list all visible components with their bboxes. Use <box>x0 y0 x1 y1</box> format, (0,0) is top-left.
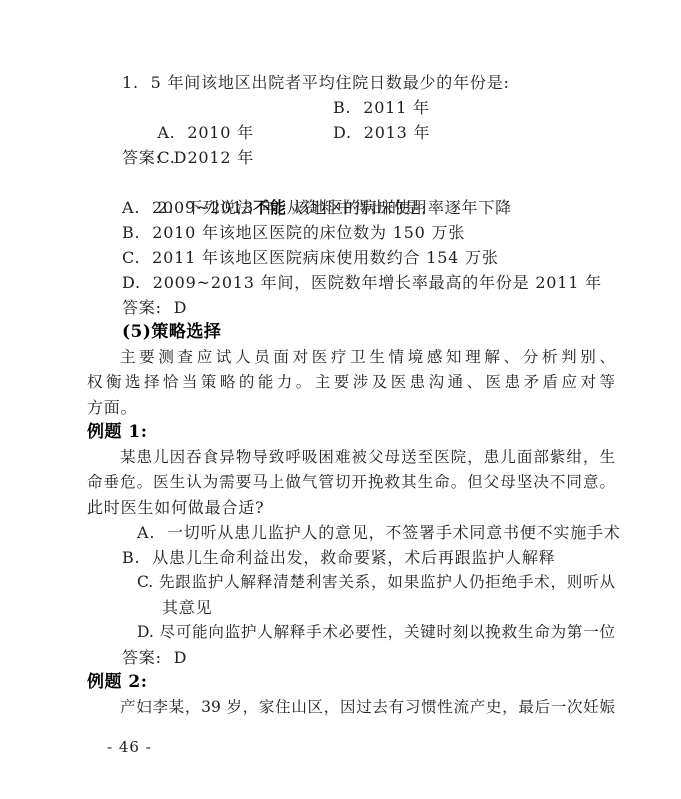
example-1-case-line-2: 命垂危。医生认为需要马上做气管切开挽救其生命。但父母坚决不同意。 <box>87 470 615 495</box>
example-1-case-line-3: 此时医生如何做最合适? <box>87 495 615 520</box>
example-1-option-c-line-1: C. 先跟监护人解释清楚利害关系，如果监护人仍拒绝手术，则听从 <box>87 570 615 595</box>
content-area: 1. 5 年间该地区出院者平均住院日数最少的年份是: A. 2010 年 B. … <box>87 70 615 720</box>
question-2-option-b: B. 2010 年该地区医院的床位数为 150 万张 <box>87 220 615 245</box>
section-5-heading: (5)策略选择 <box>87 320 615 345</box>
example-2-heading: 例题 2: <box>87 670 615 695</box>
question-1-stem: 1. 5 年间该地区出院者平均住院日数最少的年份是: <box>87 70 615 95</box>
example-1-heading: 例题 1: <box>87 420 615 445</box>
question-2-option-a: A. 2009~2013 年，该地区的病床使用率逐年下降 <box>87 195 615 220</box>
question-1-option-d: D. 2013 年 <box>333 120 430 145</box>
question-2-option-c: C. 2011 年该地区医院病床使用数约合 154 万张 <box>87 245 615 270</box>
example-1-option-b: B. 从患儿生命利益出发，救命要紧，术后再跟监护人解释 <box>87 545 615 570</box>
example-1-option-c-line-2: 其意见 <box>87 595 615 620</box>
question-1-option-b: B. 2011 年 <box>333 95 430 120</box>
question-1-options-row-2: C. 2012 年 D. 2013 年 <box>87 120 615 145</box>
question-2-option-d: D. 2009~2013 年间，医院数年增长率最高的年份是 2011 年 <box>87 270 615 295</box>
example-1-answer: 答案: D <box>87 645 615 670</box>
example-2-case-line-1: 产妇李某，39 岁，家住山区，因过去有习惯性流产史，最后一次妊娠 <box>87 695 615 720</box>
question-2-stem: 2. 下列说法不能从资料中得出的是: <box>87 170 615 195</box>
example-1-option-d: D. 尽可能向监护人解释手术必要性，关键时刻以挽救生命为第一位 <box>87 620 615 645</box>
example-1-case-line-1: 某患儿因吞食异物导致呼吸困难被父母送至医院，患儿面部紫绀，生 <box>87 445 615 470</box>
section-5-paragraph-line-2: 权衡选择恰当策略的能力。主要涉及医患沟通、医患矛盾应对等 <box>87 370 615 395</box>
question-1-options-row-1: A. 2010 年 B. 2011 年 <box>87 95 615 120</box>
page-number: - 46 - <box>107 737 152 757</box>
document-page: 1. 5 年间该地区出院者平均住院日数最少的年份是: A. 2010 年 B. … <box>0 0 681 799</box>
example-1-option-a: A. 一切听从患儿监护人的意见，不签署手术同意书便不实施手术 <box>87 520 615 545</box>
section-5-paragraph-line-1: 主要测查应试人员面对医疗卫生情境感知理解、分析判别、 <box>87 345 615 370</box>
section-5-paragraph-line-3: 方面。 <box>87 395 615 420</box>
question-1-answer: 答案: D <box>87 145 615 170</box>
question-2-answer: 答案: D <box>87 295 615 320</box>
